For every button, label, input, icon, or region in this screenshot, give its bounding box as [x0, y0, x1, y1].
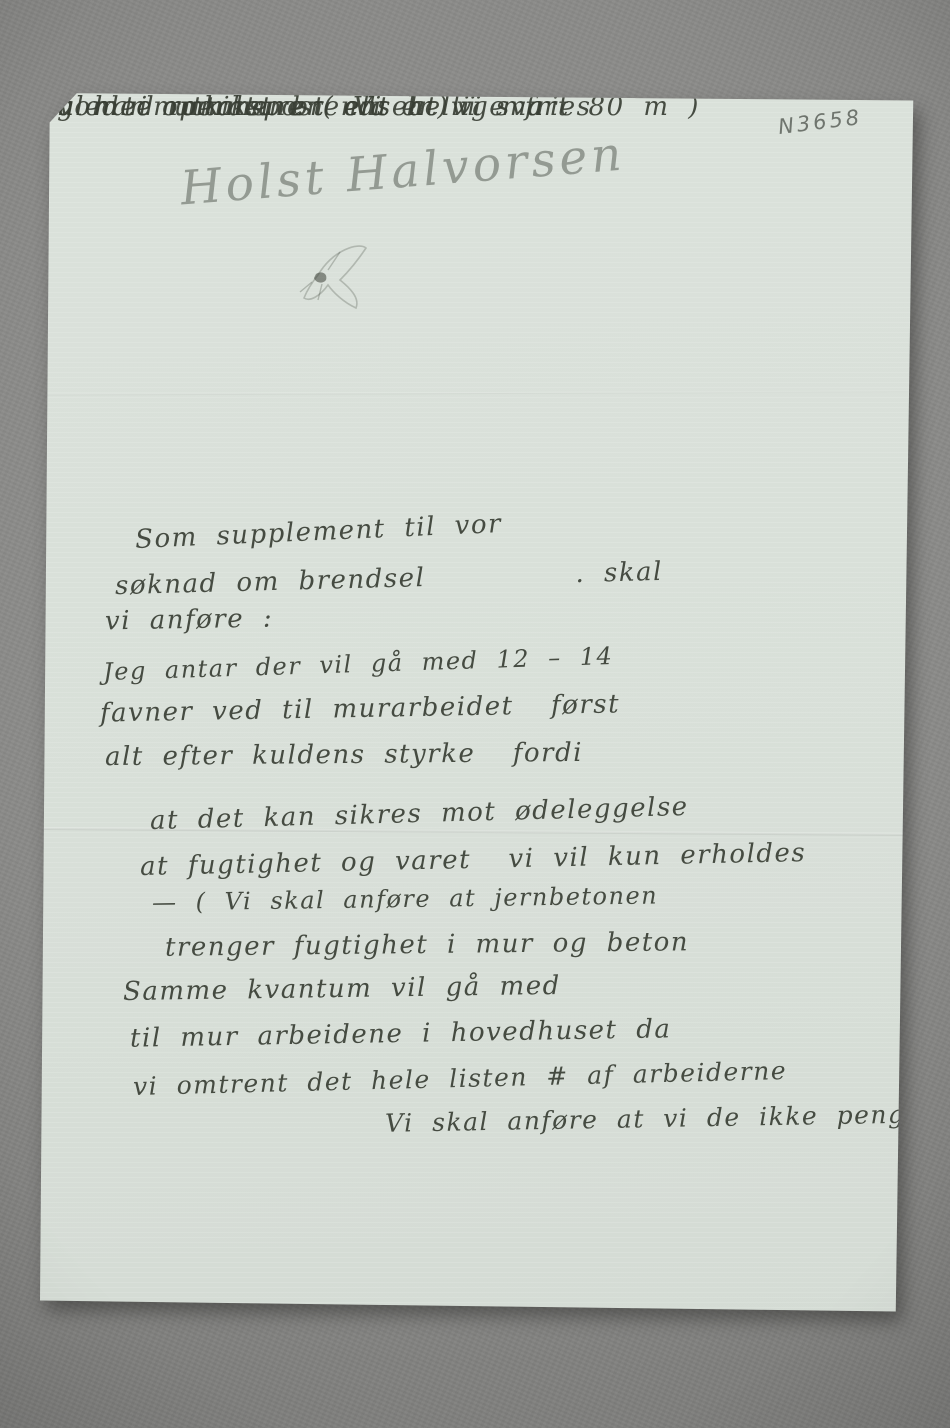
handwritten-line: at fugtighet og varet vi vil kun erholde…: [140, 838, 807, 882]
handwritten-line: Vi skal anføre at vi de ikke penger: [385, 1099, 936, 1138]
handwritten-line: Samme kvantum vil gå med: [123, 971, 561, 1007]
letter-paper-sheet: N3658 Holst Halvorsen Som supplement til…: [40, 92, 915, 1314]
handwritten-line: og har omtalet brendsel ): [40, 92, 449, 122]
handwritten-line: Som supplement til vor: [135, 509, 503, 555]
paper-shadow-wrapper: N3658 Holst Halvorsen Som supplement til…: [0, 0, 950, 1428]
paper-crease-upper: [40, 390, 915, 395]
handwritten-line: alt efter kuldens styrke fordi: [105, 738, 583, 772]
handwritten-line: vi anføre :: [105, 604, 274, 637]
handwritten-line: — ( Vi skal anføre at jernbetonen: [152, 881, 658, 916]
handwritten-line: til mur arbeidene i hovedhuset da: [130, 1014, 672, 1053]
ink-smudge: [288, 230, 398, 340]
handwritten-line: favner ved til murarbeidet først: [100, 689, 621, 728]
handwritten-line: søknad om brendsel . skal: [115, 557, 664, 601]
handwritten-line: vi omtrent det hele listen # af arbeider…: [133, 1056, 788, 1101]
catalog-number: N3658: [777, 105, 863, 139]
author-header-pencil: Holst Halvorsen: [179, 127, 628, 217]
handwritten-line: Jeg antar der vil gå med 12 – 14: [103, 642, 614, 686]
handwritten-line: trenger fugtighet i mur og beton: [165, 927, 689, 962]
